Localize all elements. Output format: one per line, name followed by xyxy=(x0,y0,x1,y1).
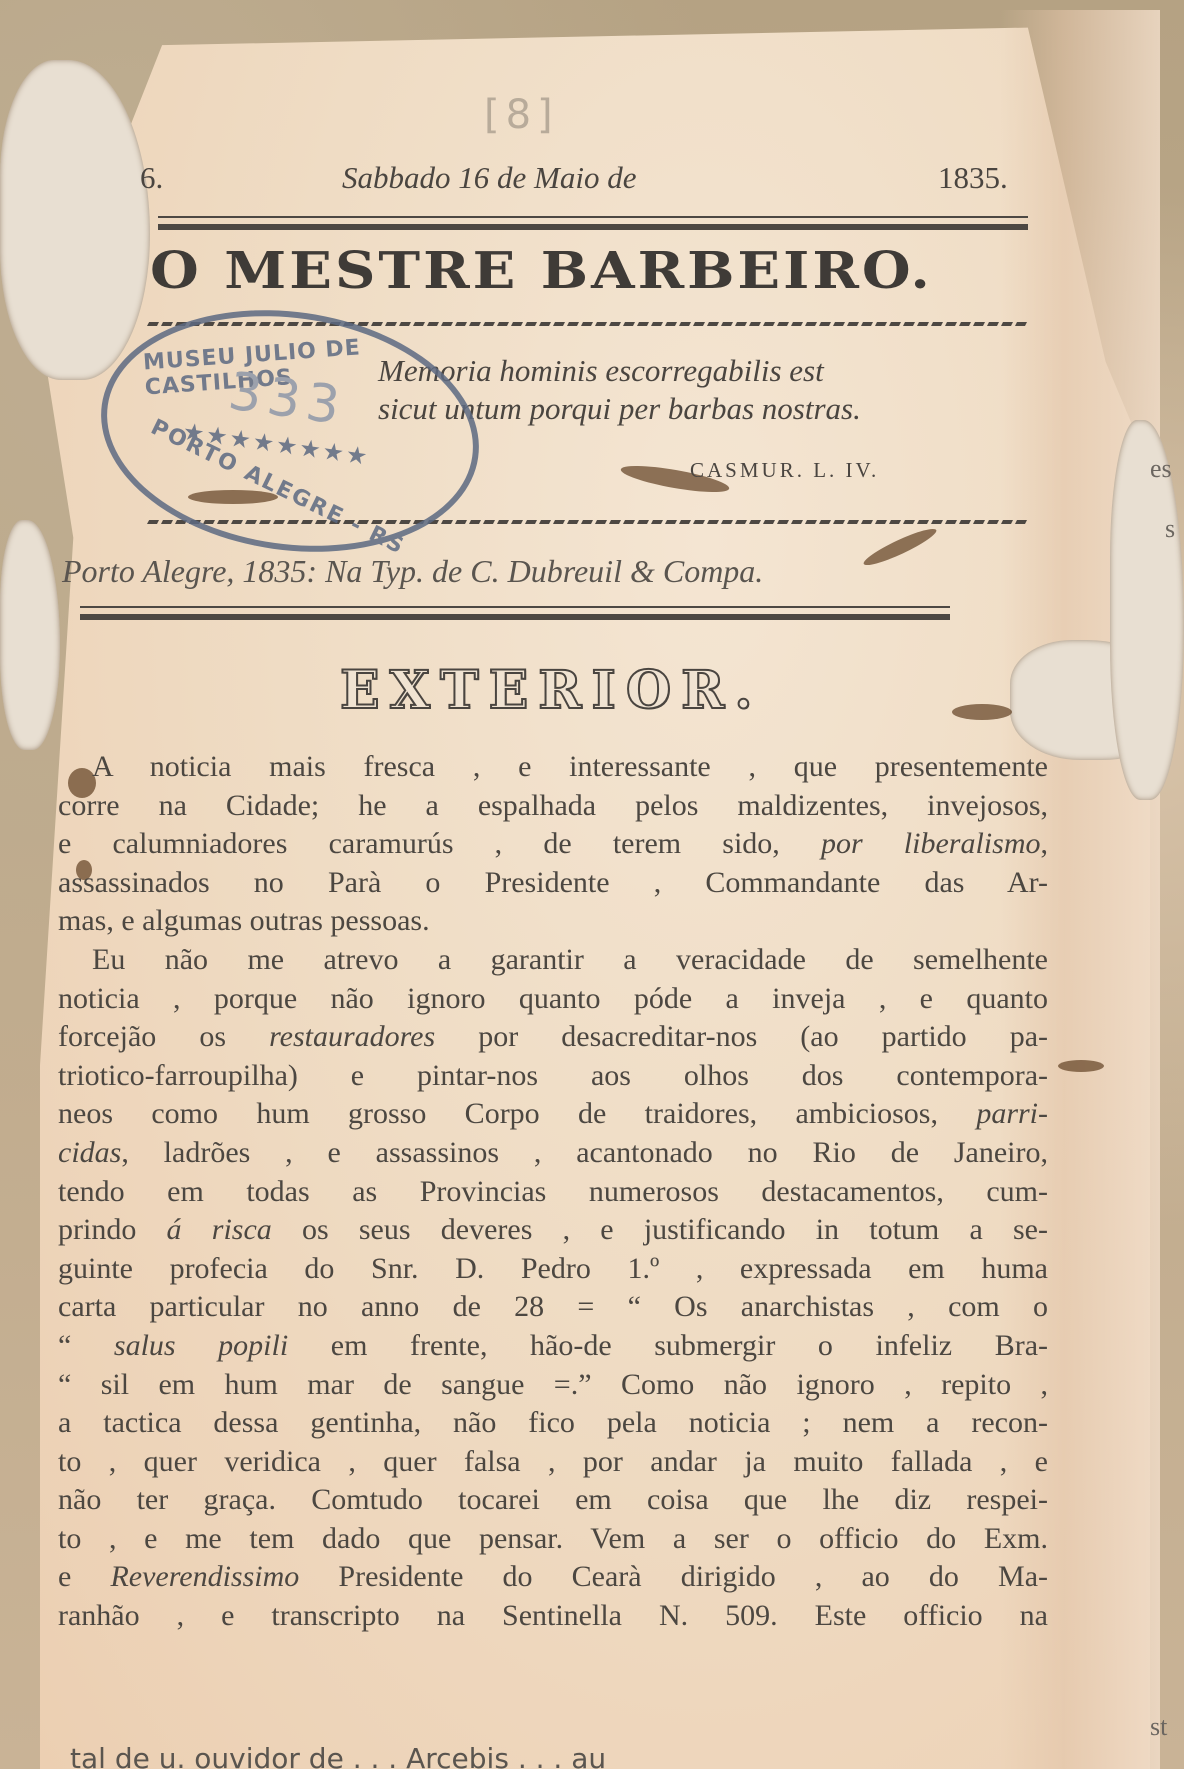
body-line: assassinados no Parà o Presidente , Comm… xyxy=(58,864,1048,903)
right-edge-fragment: s xyxy=(1165,514,1175,544)
next-page-cutoff-text: tal de u. ouvidor de . . . Arcebis . . .… xyxy=(70,1742,1120,1769)
body-line: tendo em todas as Provincias numerosos d… xyxy=(58,1173,1048,1212)
newspaper-title: O MESTRE BARBEIRO. xyxy=(150,241,1050,300)
body-line: guinte profecia do Snr. D. Pedro 1.º , e… xyxy=(58,1250,1048,1289)
article-body: A noticia mais fresca , e interessante ,… xyxy=(58,748,1048,1636)
issue-date: Sabbado 16 de Maio de xyxy=(342,160,636,196)
document-content: [8] 6. Sabbado 16 de Maio de 1835. O MES… xyxy=(0,0,1184,1769)
italic-phrase: Reverendissimo xyxy=(110,1560,299,1593)
body-line: triotico-farroupilha) e pintar-nos aos o… xyxy=(58,1057,1048,1096)
italic-phrase: por liberalismo xyxy=(821,827,1041,860)
body-line: neos como hum grosso Corpo de traidores,… xyxy=(58,1095,1048,1134)
right-edge-fragment: st xyxy=(1150,1712,1167,1742)
body-line: prindo á risca os seus deveres , e justi… xyxy=(58,1211,1048,1250)
body-line: e Reverendissimo Presidente do Cearà dir… xyxy=(58,1558,1048,1597)
dateline: 6. Sabbado 16 de Maio de 1835. xyxy=(140,160,1040,200)
body-line: ranhão , e transcripto na Sentinella N. … xyxy=(58,1597,1048,1636)
italic-phrase: á risca xyxy=(167,1213,272,1246)
body-line: A noticia mais fresca , e interessante ,… xyxy=(58,748,1048,787)
body-line: cidas, ladrões , e assassinos , acantona… xyxy=(58,1134,1048,1173)
body-line: e calumniadores caramurús , de terem sid… xyxy=(58,825,1048,864)
italic-phrase: restauradores xyxy=(269,1020,435,1053)
right-edge-fragment: es xyxy=(1150,454,1172,484)
printer-imprint: Porto Alegre, 1835: Na Typ. de C. Dubreu… xyxy=(62,553,1062,590)
masthead-top-rule xyxy=(158,216,1028,230)
body-line: “ sil em hum mar de sangue =.” Como não … xyxy=(58,1366,1048,1405)
italic-phrase: salus popili xyxy=(114,1329,288,1362)
body-line: a tactica dessa gentinha, não fico pela … xyxy=(58,1404,1048,1443)
issue-number: 6. xyxy=(140,160,163,196)
body-line: não ter graça. Comtudo tocarei em coisa … xyxy=(58,1481,1048,1520)
imprint-bottom-rule xyxy=(80,606,950,620)
italic-phrase: parri- xyxy=(976,1097,1048,1130)
section-title: EXTERIOR. xyxy=(340,660,790,721)
motto-source: CASMUR. L. IV. xyxy=(690,458,879,483)
body-line: noticia , porque não ignoro quanto póde … xyxy=(58,980,1048,1019)
issue-year: 1835. xyxy=(938,160,1008,196)
body-line: forcejão os restauradores por desacredit… xyxy=(58,1018,1048,1057)
body-line: to , quer veridica , quer falsa , por an… xyxy=(58,1443,1048,1482)
museum-stamp: MUSEU JULIO DE CASTILHOS 333 ★★★★★★★★ PO… xyxy=(85,287,494,576)
body-line: Eu não me atrevo a garantir a veracidade… xyxy=(58,941,1048,980)
italic-phrase: cidas xyxy=(58,1136,121,1169)
body-line: carta particular no anno de 28 = “ Os an… xyxy=(58,1288,1048,1327)
body-line: corre na Cidade; he a espalhada pelos ma… xyxy=(58,787,1048,826)
body-line: to , e me tem dado que pensar. Vem a ser… xyxy=(58,1520,1048,1559)
body-line: “ salus popili em frente, hão-de submerg… xyxy=(58,1327,1048,1366)
page-number-mark: [8] xyxy=(484,92,559,138)
body-line: mas, e algumas outras pessoas. xyxy=(58,902,1048,941)
